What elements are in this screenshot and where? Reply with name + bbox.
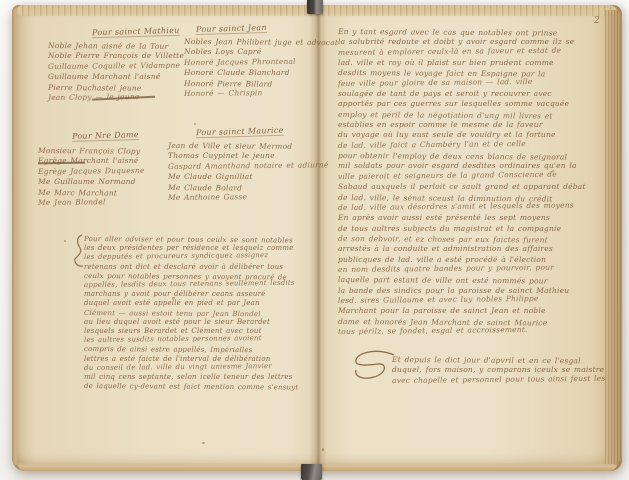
scan-background: Pour sainct Mathieu Noble Jehan aisné de… — [0, 0, 629, 480]
paragraph-bracket-flourish — [74, 234, 84, 268]
manuscript-line: retenans ont dict et desclaré avoir à dé… — [84, 263, 314, 272]
manuscript-line: duquel avoit esté appellé en pied et par… — [84, 299, 314, 308]
left-page-paragraph: Pour aller adviser et pour tous ceulx se… — [84, 235, 314, 391]
paper-speck — [194, 123, 196, 125]
manuscript-line: Egrège Jacques Duquesne — [38, 166, 145, 178]
manuscript-line: arrestés à la conduite et administration… — [338, 244, 610, 254]
manuscript-line: Marchant pour la paroisse de sainct Jean… — [338, 306, 610, 316]
name-list-saint-maurice: Jean de Ville et sieur MermodThomas Cuyp… — [168, 141, 329, 203]
manuscript-line: soulagée de tant de pays et seroit y rec… — [338, 89, 610, 99]
manuscript-line: de lad. ville faict a Chambéry l'an et d… — [338, 138, 610, 151]
binding-clasp-top — [307, 0, 323, 14]
name-list-saint-jean: Nobles Jean Philibert juge et advocatNob… — [184, 37, 338, 99]
manuscript-line: Me Guillaume Normand — [38, 177, 145, 187]
manuscript-line: feue ville pour gloire de sa maison — la… — [338, 76, 610, 89]
closing-paragraph: Et depuis le dict jour d'apvril et en ce… — [392, 355, 618, 386]
paper-speck — [202, 442, 205, 444]
manuscript-line: lad. ville et roy où il plaist sur bien … — [338, 58, 610, 68]
manuscript-line: du conseil de lad. ville du vingt uniesm… — [84, 361, 314, 373]
column-heading-nostre-dame: Pour Nre Dame — [72, 130, 139, 141]
manuscript-line: ville paieroit et seigneurs de la grand … — [338, 169, 610, 182]
manuscript-line: apportés par ces guerres sur lesquelles … — [338, 99, 610, 109]
manuscript-line: appellés, lesdits deux tous retenans seu… — [84, 279, 314, 291]
column-heading-saint-matthieu: Pour sainct Mathieu — [92, 26, 180, 37]
column-heading-saint-maurice: Pour sainct Maurice — [196, 126, 284, 137]
manuscript-line: mesurent à emplorer ceulx-là en sa faveu… — [338, 45, 610, 58]
manuscript-line: Honoré — Chrispin — [184, 87, 338, 99]
manuscript-line: Guillaume Coquille et Vidampne — [48, 60, 184, 72]
paper-speck — [322, 448, 324, 451]
manuscript-line: En après avoir aussi esté présenté les s… — [338, 213, 610, 223]
page-number: 2 — [594, 16, 600, 26]
manuscript-line: establies en espoir comme le mesme de la… — [338, 120, 610, 130]
manuscript-line: au lieu duquel avoit esté pour le sieur … — [84, 318, 314, 327]
paper-speck — [552, 170, 554, 172]
manuscript-line: lesd. sires Guillaume et avec luy nobles… — [338, 293, 610, 306]
manuscript-line: Sabaud auxquels il perloit ce sault gran… — [338, 182, 610, 192]
manuscript-line: Honoré Jacques Phrontenal — [184, 56, 338, 68]
manuscript-line: les depputés et procureurs syndicquez as… — [84, 251, 314, 263]
manuscript-book: Pour sainct Mathieu Noble Jehan aisné de… — [12, 5, 622, 471]
manuscript-line: Me Anthoine Gasse — [168, 191, 329, 203]
paper-speck — [64, 240, 66, 242]
manuscript-line: Guillaume Marchant l'aisné — [48, 72, 184, 82]
right-page-paragraph: En y tant esgard avec le cas que notable… — [338, 27, 610, 337]
name-list-nostre-dame: Monsieur François ClopyEgrège Marchant l… — [38, 146, 145, 208]
manuscript-line: Me Jean Blondel — [38, 197, 145, 209]
manuscript-line: avec chapelle et personnel pour tous ain… — [392, 373, 618, 386]
manuscript-line: de laquelle cy-devant est faict mention … — [84, 382, 314, 393]
closing-initial-flourish — [350, 350, 398, 384]
manuscript-line: de tous aultres subjects du magistrat et… — [338, 224, 610, 234]
manuscript-line: mil cinq cens septante, selon icelle ten… — [84, 373, 314, 382]
manuscript-line: Honoré Claude Blanchard — [184, 68, 338, 78]
manuscript-line: les aultres susdits notables personnes a… — [84, 334, 314, 346]
manuscript-line: Me Claude Gignilliat — [168, 172, 329, 182]
name-list-saint-matthieu: Noble Jehan aisné de la TourNoble Pierre… — [48, 41, 184, 103]
column-heading-saint-jean: Pour sainct Jean — [196, 23, 267, 34]
manuscript-line: Jean Clopy — le jeune — [48, 92, 184, 104]
manuscript-line: Gaspard Amanthand notaire et adiurné — [168, 160, 329, 172]
manuscript-line: en nom desdits quatre bandes pour y pour… — [338, 262, 610, 275]
paper-speck — [172, 297, 175, 299]
binding-clasp-bottom — [301, 464, 322, 480]
manuscript-line: tous périlz, se fondet, esgal et accrois… — [338, 324, 610, 337]
manuscript-line: de lad. ville aux désordres s'amit et le… — [338, 200, 610, 213]
cover-edge-left — [12, 8, 18, 465]
manuscript-line: marchans y avoit pour délibérer ceans as… — [84, 290, 314, 299]
